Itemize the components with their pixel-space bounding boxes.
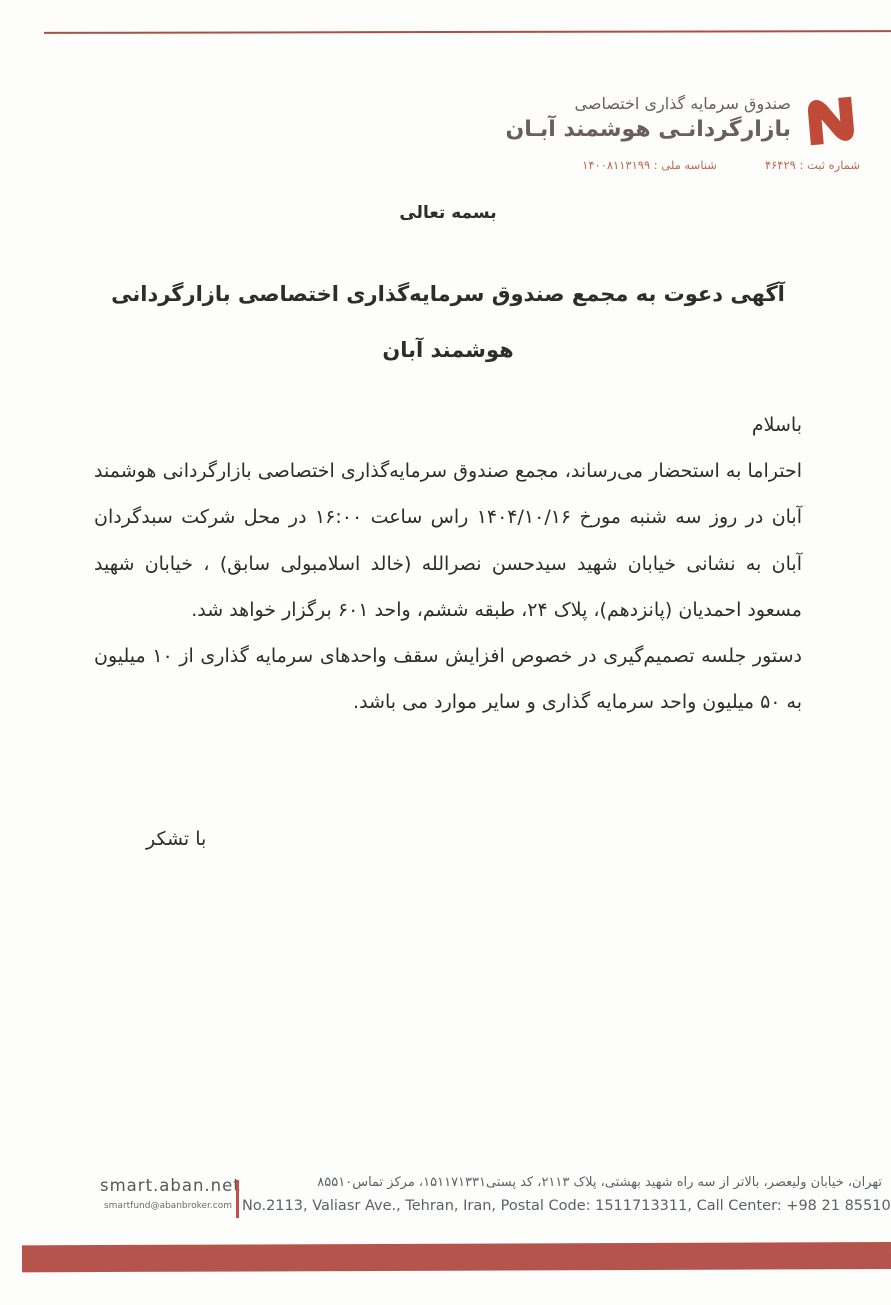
top-divider-line — [44, 30, 891, 34]
registration-number: شماره ثبت : ۴۶۴۲۹ — [765, 158, 860, 172]
brand-block: صندوق سرمایه گذاری اختصاصی بازارگردانـی … — [505, 93, 859, 149]
footer-address-en: No.2113, Valiasr Ave., Tehran, Iran, Pos… — [242, 1194, 882, 1218]
paragraph-agenda: دستور جلسه تصمیم‌گیری در خصوص افزایش سقف… — [94, 633, 802, 725]
brand-text: صندوق سرمایه گذاری اختصاصی بازارگردانـی … — [505, 93, 791, 145]
letter-body: باسلام احتراما به استحضار می‌رساند، مجمع… — [94, 402, 802, 725]
letter-title: آگهی دعوت به مجمع صندوق سرمایه‌گذاری اخت… — [94, 266, 802, 378]
footer-email: smartfund@abanbroker.com — [100, 1201, 236, 1211]
brand-name-line1: صندوق سرمایه گذاری اختصاصی — [505, 93, 791, 115]
footer-website: smart.aban.net — [100, 1176, 236, 1195]
footer-red-bar — [22, 1242, 891, 1272]
footer-contact-left: smart.aban.net smartfund@abanbroker.com — [100, 1176, 236, 1211]
letter-title-line1: آگهی دعوت به مجمع صندوق سرمایه‌گذاری اخت… — [94, 266, 802, 322]
footer-address-block: تهران، خیابان ولیعصر، بالاتر از سه راه ش… — [242, 1172, 882, 1218]
paragraph-meeting-details: احتراما به استحضار می‌رساند، مجمع صندوق … — [94, 448, 802, 633]
bismillah: بسمه تعالی — [94, 203, 802, 223]
salutation: باسلام — [94, 402, 802, 448]
letter-title-line2: هوشمند آبان — [94, 322, 802, 378]
brand-name-line2: بازارگردانـی هوشمند آبـان — [505, 115, 791, 145]
national-id: شناسه ملی : ۱۴۰۰۸۱۱۳۱۹۹ — [582, 158, 717, 172]
footer-address-fa: تهران، خیابان ولیعصر، بالاتر از سه راه ش… — [242, 1172, 882, 1194]
closing-thanks: با تشکر — [94, 828, 854, 850]
aban-logo-icon — [803, 93, 859, 149]
footer-vertical-divider — [236, 1180, 239, 1218]
registration-row: شماره ثبت : ۴۶۴۲۹ شناسه ملی : ۱۴۰۰۸۱۱۳۱۹… — [582, 158, 860, 172]
scanned-letter-page: صندوق سرمایه گذاری اختصاصی بازارگردانـی … — [0, 0, 891, 1305]
